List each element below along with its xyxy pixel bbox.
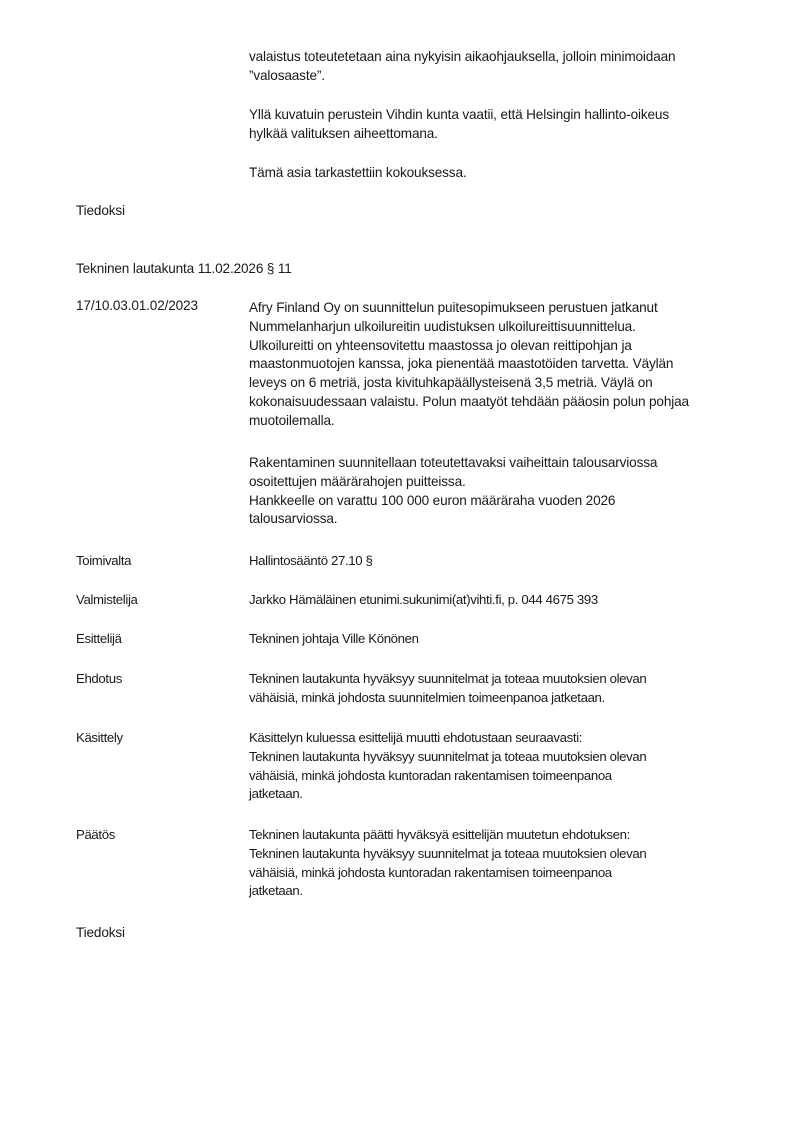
intro-paragraph-2: Yllä kuvatuin perustein Vihdin kunta vaa… xyxy=(249,106,749,144)
intro-paragraph-3: Tämä asia tarkastettiin kokouksessa. xyxy=(249,164,749,183)
field-label-valmistelija: Valmistelija xyxy=(76,591,138,610)
intro-paragraph-1: valaistus toteutetetaan aina nykyisin ai… xyxy=(249,48,749,86)
body-paragraph-2: Rakentaminen suunnitellaan toteutettavak… xyxy=(249,454,749,529)
document-page: valaistus toteutetetaan aina nykyisin ai… xyxy=(0,0,794,1122)
field-label-paatos: Päätös xyxy=(76,826,115,845)
field-label-kasittely: Käsittely xyxy=(76,729,123,748)
field-value-kasittely: Käsittelyn kuluessa esittelijä muutti eh… xyxy=(249,729,749,804)
field-value-ehdotus: Tekninen lautakunta hyväksyy suunnitelma… xyxy=(249,670,749,708)
field-value-toimivalta: Hallintosääntö 27.10 § xyxy=(249,552,749,571)
field-value-paatos: Tekninen lautakunta päätti hyväksyä esit… xyxy=(249,826,749,901)
field-label-toimivalta: Toimivalta xyxy=(76,552,131,571)
field-label-ehdotus: Ehdotus xyxy=(76,670,122,689)
meeting-reference-line-1: Tekninen lautakunta 11.02.2026 § 11 xyxy=(76,260,292,279)
body-paragraph-1: Afry Finland Oy on suunnittelun puitesop… xyxy=(249,299,749,431)
tiedoksi-heading-2: Tiedoksi xyxy=(76,924,125,943)
tiedoksi-heading-1: Tiedoksi xyxy=(76,202,125,221)
field-label-esittelija: Esittelijä xyxy=(76,630,122,649)
field-value-valmistelija: Jarkko Hämäläinen etunimi.sukunimi(at)vi… xyxy=(249,591,749,610)
field-value-esittelija: Tekninen johtaja Ville Könönen xyxy=(249,630,749,649)
